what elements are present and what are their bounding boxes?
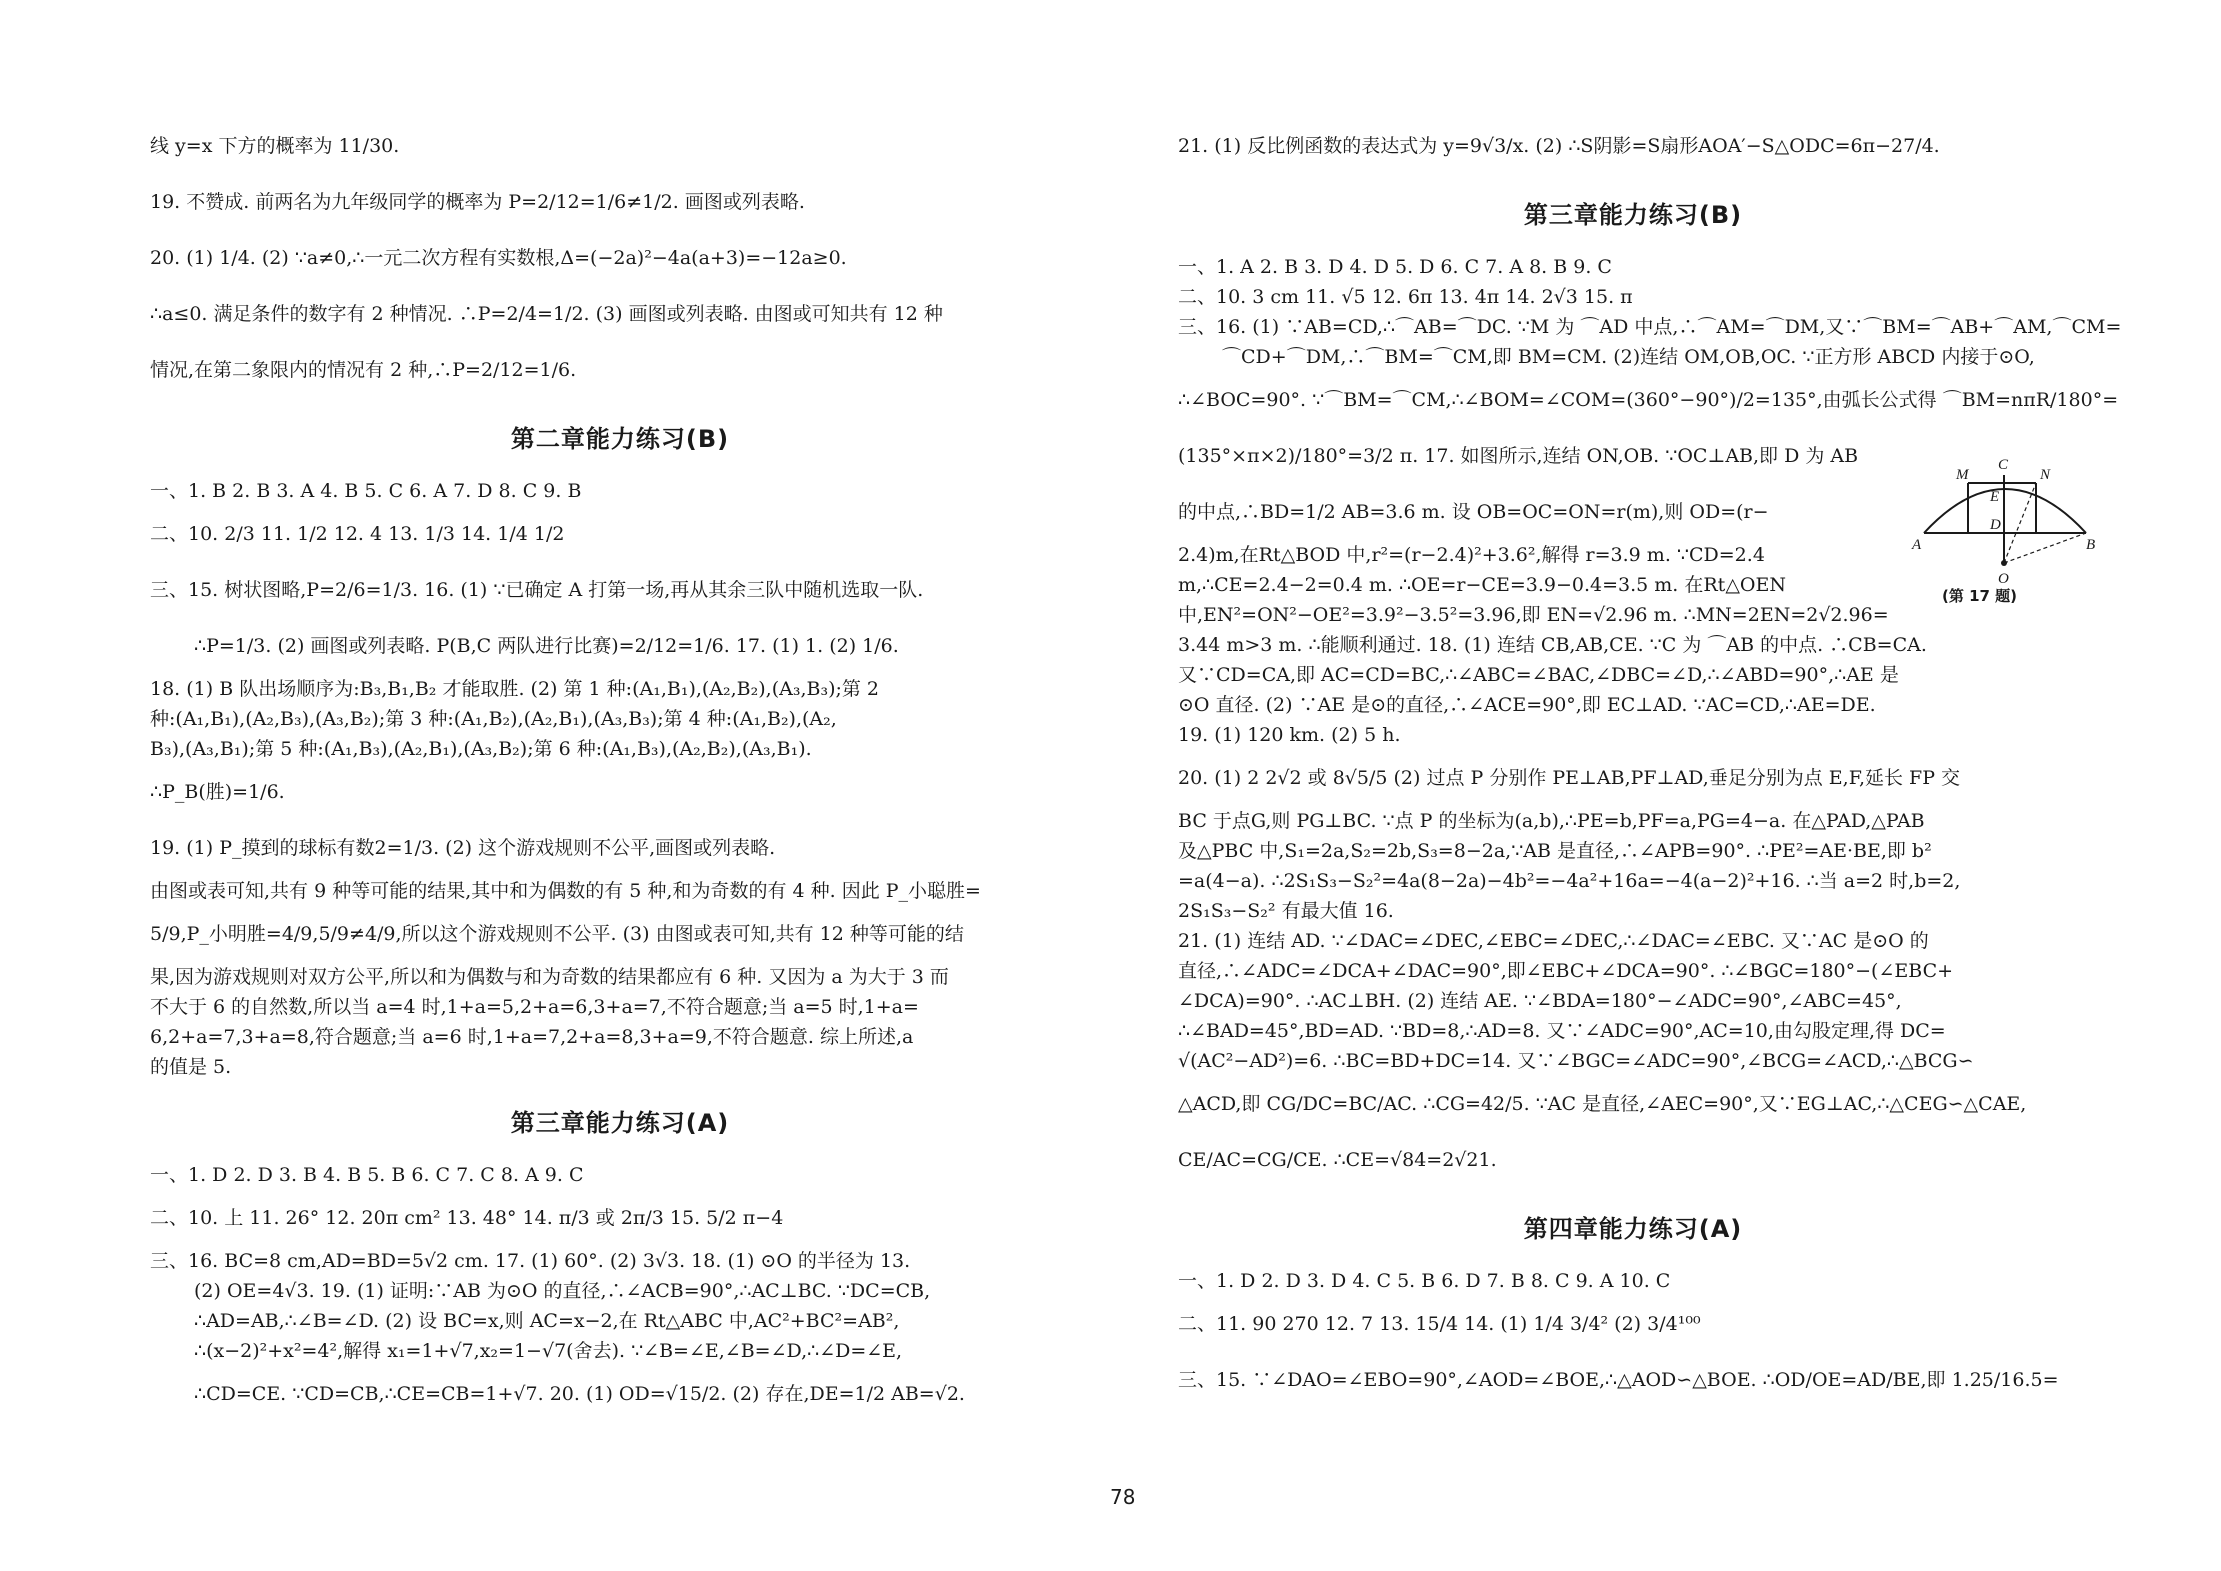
text-line: ∴∠BOC=90°. ∵⌒BM=⌒CM,∴∠BOM=∠COM=(360°−90°… <box>1178 372 2088 428</box>
text-line: 5/9,P_小明胜=4/9,5/9≠4/9,所以这个游戏规则不公平. (3) 由… <box>150 906 1090 962</box>
text-line: (2) OE=4√3. 19. (1) 证明:∵AB 为⊙O 的直径,∴∠ACB… <box>150 1276 1090 1306</box>
label-b: B <box>2086 537 2095 553</box>
fill-answers: 二、10. 上 11. 26° 12. 20π cm² 13. 48° 14. … <box>150 1190 1090 1246</box>
text-line: m,∴CE=2.4−2=0.4 m. ∴OE=r−CE=3.9−0.4=3.5 … <box>1178 570 1898 600</box>
answer-16: 三、16. (1) ∵AB=CD,∴⌒AB=⌒DC. ∵M 为 ⌒AD 中点,∴… <box>1178 312 2088 342</box>
choice-answers: 一、1. D 2. D 3. D 4. C 5. B 6. D 7. B 8. … <box>1178 1266 2088 1296</box>
choice-answers: 一、1. A 2. B 3. D 4. D 5. D 6. C 7. A 8. … <box>1178 252 2088 282</box>
label-n: N <box>2039 467 2051 483</box>
answer-19: 19. (1) 120 km. (2) 5 h. <box>1178 720 2088 750</box>
text-line: ∴a≤0. 满足条件的数字有 2 种情况. ∴P=2/4=1/2. (3) 画图… <box>150 286 1090 342</box>
text-line: 种:(A₁,B₁),(A₂,B₃),(A₃,B₂);第 3 种:(A₁,B₂),… <box>150 704 1090 734</box>
right-column: 21. (1) 反比例函数的表达式为 y=9√3/x. (2) ∴S阴影=S扇形… <box>1178 118 2088 1408</box>
text-line: 直径,∴∠ADC=∠DCA+∠DAC=90°,即∠EBC+∠DCA=90°. ∴… <box>1178 956 2088 986</box>
label-d: D <box>1989 517 2001 533</box>
answer-21: 21. (1) 连结 AD. ∵∠DAC=∠DEC,∠EBC=∠DEC,∴∠DA… <box>1178 926 2088 956</box>
answer-19: 19. 不赞成. 前两名为九年级同学的概率为 P=2/12=1/6≠1/2. 画… <box>150 174 1090 230</box>
text-line: ⌒CD+⌒DM,∴⌒BM=⌒CM,即 BM=CM. (2)连结 OM,OB,OC… <box>1178 342 2088 372</box>
text-line: 线 y=x 下方的概率为 11/30. <box>150 118 1090 174</box>
fill-answers: 二、10. 2/3 11. 1/2 12. 4 13. 1/3 14. 1/4 … <box>150 506 1090 562</box>
text-line: ∴P=1/3. (2) 画图或列表略. P(B,C 两队进行比赛)=2/12=1… <box>150 618 1090 674</box>
text-line: 情况,在第二象限内的情况有 2 种,∴P=2/12=1/6. <box>150 342 1090 398</box>
answer-20: 20. (1) 2 2√2 或 8√5/5 (2) 过点 P 分别作 PE⊥AB… <box>1178 750 2088 806</box>
fill-answers: 二、11. 90 270 12. 7 13. 15/4 14. (1) 1/4 … <box>1178 1296 2088 1352</box>
left-column: 线 y=x 下方的概率为 11/30. 19. 不赞成. 前两名为九年级同学的概… <box>150 118 1090 1422</box>
text-line: ⊙O 直径. (2) ∵AE 是⊙的直径,∴∠ACE=90°,即 EC⊥AD. … <box>1178 690 2088 720</box>
text-line: ∴(x−2)²+x²=4²,解得 x₁=1+√7,x₂=1−√7(舍去). ∵∠… <box>150 1336 1090 1366</box>
label-e: E <box>1989 489 1999 505</box>
section-title-chapter4-a: 第四章能力练习(A) <box>1178 1214 2088 1244</box>
text-line: 由图或表可知,共有 9 种等可能的结果,其中和为偶数的有 5 种,和为奇数的有 … <box>150 876 1090 906</box>
answer-16-18: 三、16. BC=8 cm,AD=BD=5√2 cm. 17. (1) 60°.… <box>150 1246 1090 1276</box>
text-line: ∴AD=AB,∴∠B=∠D. (2) 设 BC=x,则 AC=x−2,在 Rt△… <box>150 1306 1090 1336</box>
text-line: ∠DCA)=90°. ∴AC⊥BH. (2) 连结 AE. ∵∠BDA=180°… <box>1178 986 2088 1016</box>
label-m: M <box>1955 467 1970 483</box>
answer-18: 18. (1) B 队出场顺序为:B₃,B₁,B₂ 才能取胜. (2) 第 1 … <box>150 674 1090 704</box>
text-line: 2S₁S₃−S₂² 有最大值 16. <box>1178 896 2088 926</box>
label-a: A <box>1911 537 1922 553</box>
text-line: √(AC²−AD²)=6. ∴BC=BD+DC=14. 又∵∠BGC=∠ADC=… <box>1178 1046 2088 1076</box>
text-line: =a(4−a). ∴2S₁S₃−S₂²=4a(8−2a)−4b²=−4a²+16… <box>1178 866 2088 896</box>
text-line: CE/AC=CG/CE. ∴CE=√84=2√21. <box>1178 1132 2088 1188</box>
answer-21: 21. (1) 反比例函数的表达式为 y=9√3/x. (2) ∴S阴影=S扇形… <box>1178 118 2088 174</box>
text-line: 2.4)m,在Rt△BOD 中,r²=(r−2.4)²+3.6²,解得 r=3.… <box>1178 540 1898 570</box>
text-line: △ACD,即 CG/DC=BC/AC. ∴CG=42/5. ∵AC 是直径,∠A… <box>1178 1076 2088 1132</box>
page-number: 78 <box>1110 1485 1135 1509</box>
text-line: 的值是 5. <box>150 1052 1090 1082</box>
choice-answers: 一、1. B 2. B 3. A 4. B 5. C 6. A 7. D 8. … <box>150 476 1090 506</box>
answer-15-16: 三、15. 树状图略,P=2/6=1/3. 16. (1) ∵已确定 A 打第一… <box>150 562 1090 618</box>
section-title-chapter3-a: 第三章能力练习(A) <box>150 1108 1090 1138</box>
answer-19: 19. (1) P_摸到的球标有数2=1/3. (2) 这个游戏规则不公平,画图… <box>150 820 1090 876</box>
text-line: ∴∠BAD=45°,BD=AD. ∵BD=8,∴AD=8. 又∵∠ADC=90°… <box>1178 1016 2088 1046</box>
text-line: B₃),(A₃,B₁);第 5 种:(A₁,B₃),(A₂,B₁),(A₃,B₂… <box>150 734 1090 764</box>
choice-answers: 一、1. D 2. D 3. B 4. B 5. B 6. C 7. C 8. … <box>150 1160 1090 1190</box>
text-line: 不大于 6 的自然数,所以当 a=4 时,1+a=5,2+a=6,3+a=7,不… <box>150 992 1090 1022</box>
text-line: 6,2+a=7,3+a=8,符合题意;当 a=6 时,1+a=7,2+a=8,3… <box>150 1022 1090 1052</box>
text-line: 的中点,∴BD=1/2 AB=3.6 m. 设 OB=OC=ON=r(m),则 … <box>1178 484 1898 540</box>
figure-17-arch-diagram: M C N E D A B O <box>1910 455 2100 605</box>
text-line: 及△PBC 中,S₁=2a,S₂=2b,S₃=8−2a,∵AB 是直径,∴∠AP… <box>1178 836 2088 866</box>
label-c: C <box>1998 457 2009 473</box>
fill-answers: 二、10. 3 cm 11. √5 12. 6π 13. 4π 14. 2√3 … <box>1178 282 2088 312</box>
text-line: ∴P_B(胜)=1/6. <box>150 764 1090 820</box>
answer-15: 三、15. ∵∠DAO=∠EBO=90°,∠AOD=∠BOE,∴△AOD∽△BO… <box>1178 1352 2088 1408</box>
text-line: 又∵CD=CA,即 AC=CD=BC,∴∠ABC=∠BAC,∠DBC=∠D,∴∠… <box>1178 660 2088 690</box>
text-line: BC 于点G,则 PG⊥BC. ∵点 P 的坐标为(a,b),∴PE=b,PF=… <box>1178 806 2088 836</box>
answer-18: 3.44 m>3 m. ∴能顺利通过. 18. (1) 连结 CB,AB,CE.… <box>1178 630 2088 660</box>
section-title-chapter3-b: 第三章能力练习(B) <box>1178 200 2088 230</box>
text-line: ∴CD=CE. ∵CD=CB,∴CE=CB=1+√7. 20. (1) OD=√… <box>150 1366 1090 1422</box>
section-title-chapter2-b: 第二章能力练习(B) <box>150 424 1090 454</box>
answer-20: 20. (1) 1/4. (2) ∵a≠0,∴一元二次方程有实数根,Δ=(−2a… <box>150 230 1090 286</box>
answer-17: (135°×π×2)/180°=3/2 π. 17. 如图所示,连结 ON,OB… <box>1178 428 1898 484</box>
text-line: 果,因为游戏规则对双方公平,所以和为偶数与和为奇数的结果都应有 6 种. 又因为… <box>150 962 1090 992</box>
figure-caption: (第 17 题) <box>1942 585 2017 606</box>
